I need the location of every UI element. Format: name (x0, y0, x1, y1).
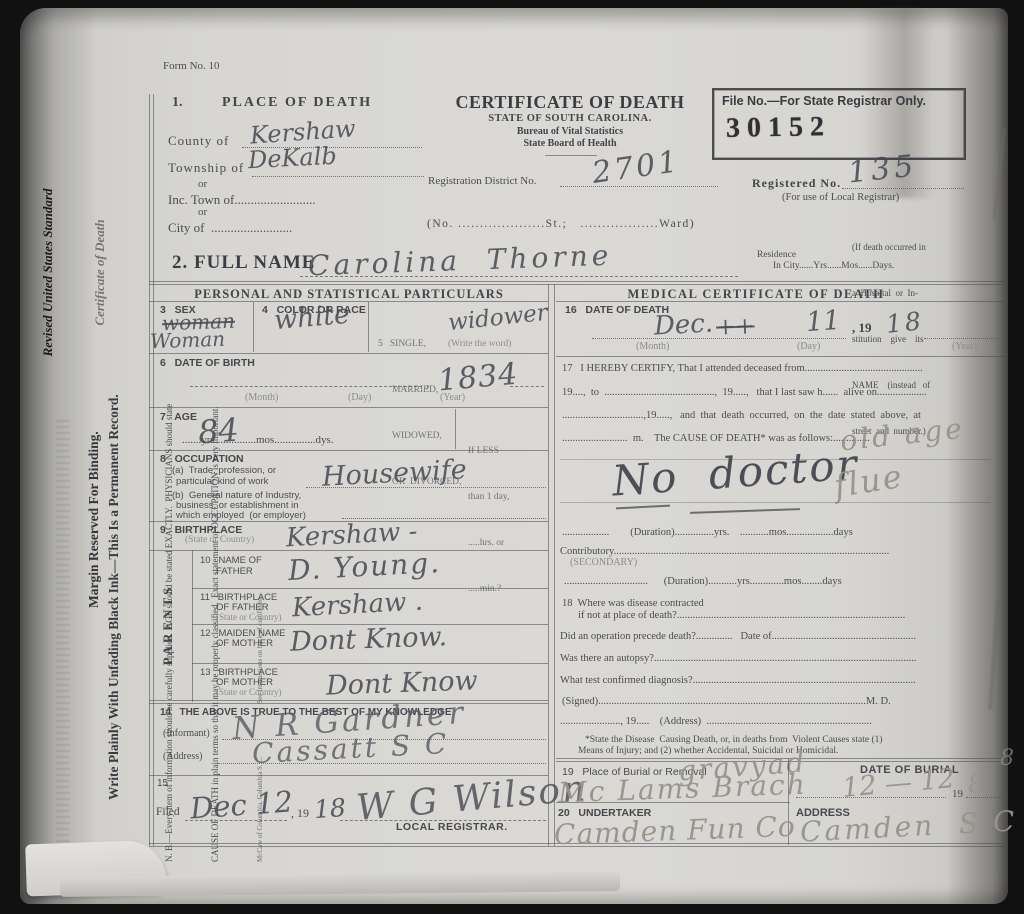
dod-leader-2 (924, 338, 998, 339)
residence-label: Residence (757, 250, 796, 260)
age-less-block: If LESS than 1 day, .....hrs. or .....mi… (468, 410, 509, 630)
dod-struck-mark: ++ (716, 313, 755, 340)
mother-bp-sub: (State or Country) (216, 687, 282, 697)
occupation-a1: (a) Trade, profession, or (172, 465, 276, 476)
dob-day-caption: (Day) (348, 392, 371, 403)
age-label: 7 AGE (160, 411, 197, 423)
father-name-l1: 10 NAME OF (200, 555, 262, 566)
father-bp-sub: (State or Country) (216, 612, 282, 622)
local-registrar-note: (For use of Local Registrar) (782, 192, 899, 203)
place-of-death-title: PLACE OF DEATH (222, 95, 372, 111)
address-label: (Address) (163, 751, 202, 762)
hospital-note-1: (If death occurred in (852, 242, 930, 252)
sex-race-divider (253, 302, 254, 352)
margin-edge-label: Revised United States Standard Certifica… (4, 45, 144, 500)
file-number-stamp: 30152 (726, 111, 832, 145)
filed-number: 15 (157, 778, 168, 789)
filed-printed-year: , 19 (291, 806, 309, 821)
race-value: white (273, 299, 351, 337)
filed-label: Filed (156, 806, 180, 818)
fullname-rule-bottom (149, 284, 1005, 285)
registration-district-leader (560, 186, 718, 187)
occupation-b3: which employed (or employer) (176, 510, 306, 521)
row16-rule (556, 356, 1005, 357)
dod-day-value: 11 (805, 305, 841, 338)
mother-name-l2: OF MOTHER (216, 638, 273, 649)
parents-side-label: PARENTS (160, 552, 176, 698)
marital-l3: WIDOWED, (392, 431, 461, 441)
signed-line: (Signed)................................… (562, 696, 891, 707)
dod-day-caption: (Day) (797, 341, 820, 352)
margin-ink-note: Write Plainly With Unfading Black Ink—Th… (106, 160, 122, 800)
certificate-state: STATE OF SOUTH CAROLINA. (455, 113, 685, 124)
registered-no-label: Registered No. (752, 176, 841, 191)
race-marital-divider (368, 302, 369, 352)
burial-date-leader-2 (966, 797, 1002, 798)
column-divider-inner (554, 284, 555, 846)
dod-month-value: Dec. (653, 308, 714, 341)
or-1: or (198, 178, 207, 190)
parents-bottom-rule-1 (149, 700, 548, 701)
occupation-a2: particular kind of work (176, 476, 268, 487)
row12-rule (192, 663, 548, 664)
form-left-border-inner (153, 94, 154, 846)
parents-divider (192, 550, 193, 702)
registered-no-value: 135 (846, 148, 919, 190)
duration-line-1: .................. (Duration)...........… (562, 527, 853, 538)
filed-date-value: Dec 12 (189, 784, 294, 825)
test-line: What test confirmed diagnosis?..........… (560, 675, 916, 686)
dob-label: 6 DATE OF BIRTH (160, 357, 255, 369)
township-label: Township of (168, 160, 244, 176)
registrar-label: LOCAL REGISTRAR. (396, 821, 508, 833)
township-leader (252, 176, 424, 177)
contributory-secondary: (SECONDARY) (570, 557, 637, 568)
q18-line-2: if not at place of death?...............… (578, 610, 905, 621)
dob-comma: , (426, 376, 430, 392)
form-number: Form No. 10 (163, 60, 220, 72)
autopsy-line: Was there an autopsy?...................… (560, 653, 916, 664)
footnote-1: *State the Disease Causing Death, or, in… (585, 735, 883, 745)
dod-year-caption: (Year) (952, 341, 977, 352)
father-name-l2: FATHER (216, 566, 253, 577)
operation-line: Did an operation precede death?.........… (560, 631, 916, 642)
edge-label-line1: Revised United States Standard (40, 45, 56, 500)
inc-town-label: Inc. Town of......................... (168, 192, 316, 208)
dod-year-value: 18 (885, 306, 926, 339)
row5-rule (149, 353, 548, 354)
md-address-line: ......................., 19..... (Addres… (560, 716, 872, 727)
personal-header: PERSONAL AND STATISTICAL PARTICULARS (150, 287, 548, 302)
or-2: or (198, 206, 207, 218)
sex-value: Woman (150, 327, 226, 354)
less-4: .....min.? (468, 584, 509, 594)
county-label: County of (168, 133, 229, 149)
age-less-divider (455, 409, 456, 449)
certify-line-3: ...............................,19.....,… (562, 410, 921, 421)
less-3: .....hrs. or (468, 538, 509, 548)
birthplace-sub: (State or Country) (185, 535, 254, 545)
duration-line-2: ................................ (Durati… (564, 576, 842, 587)
place-of-death-number: 1. (172, 95, 183, 111)
dob-month-caption: (Month) (245, 392, 278, 403)
marital-note: (Write the word) (448, 339, 511, 349)
dod-printed-year: , 19 (852, 320, 872, 336)
dob-leader-2 (510, 386, 544, 387)
medical-header: MEDICAL CERTIFICATE OF DEATH (556, 287, 956, 302)
q18-line-1: 18 Where was disease contracted (562, 598, 704, 609)
contributory-label: Contributory............................… (560, 546, 889, 557)
less-1: If LESS (468, 446, 509, 456)
registration-district-label: Registration District No. (428, 175, 536, 187)
full-name-label: 2. FULL NAME (172, 252, 315, 274)
mother-name-value: Dont Know. (290, 621, 448, 657)
margin-binding-note: Margin Reserved For Binding. (86, 318, 102, 608)
fullname-rule-top (149, 281, 1005, 282)
age-units: .......yrs...............mos............… (182, 434, 334, 446)
informant-label: (Informant) (163, 728, 210, 739)
occupation-label: 8 OCCUPATION (160, 453, 244, 465)
street-ward-line: (No. ....................St.; ..........… (427, 218, 695, 230)
certify-line-1: 17 I HEREBY CERTIFY, That I attended dec… (562, 363, 923, 374)
column-divider (548, 284, 549, 846)
less-2: than 1 day, (468, 492, 509, 502)
cause-rule-2 (560, 502, 990, 503)
dob-year-caption: (Year) (440, 392, 465, 403)
row7-rule (149, 450, 548, 451)
burial-row-rule (556, 802, 790, 803)
burial-year-digit: 8 (967, 769, 985, 798)
medical-header-rule (556, 301, 1005, 302)
city-label: City of ......................... (168, 220, 292, 236)
dob-leader (190, 386, 422, 387)
certificate-bureau: Bureau of Vital Statistics (455, 126, 685, 137)
township-value: DeKalb (247, 142, 337, 175)
row6-rule (149, 407, 548, 408)
scanned-death-certificate: Revised United States Standard Certifica… (0, 0, 1024, 914)
burial-printed-year: 19 (952, 788, 963, 800)
residence-line: In City......Yrs......Mos......Days. (773, 261, 894, 271)
certify-line-2: 19...., to .............................… (562, 387, 927, 398)
edge-stray-digit: 8 (1000, 746, 1014, 771)
form-left-border (149, 94, 150, 846)
certificate-title: CERTIFICATE OF DEATH (455, 92, 685, 113)
dod-month-caption: (Month) (636, 341, 669, 352)
file-box-label: File No.—For State Registrar Only. (722, 94, 954, 108)
